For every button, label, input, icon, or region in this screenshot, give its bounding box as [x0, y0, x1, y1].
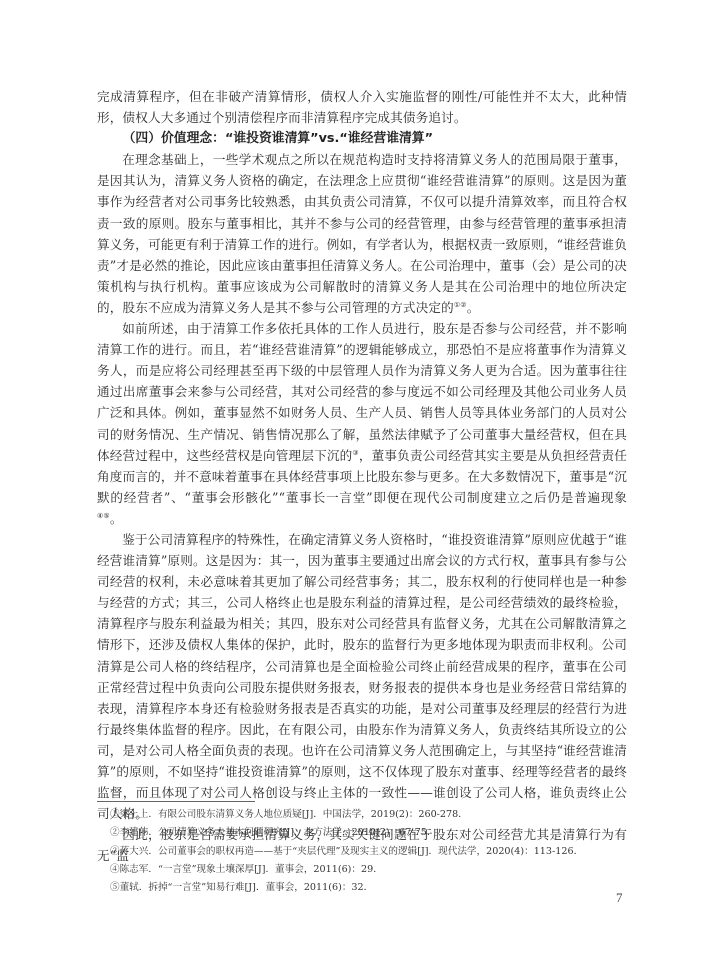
footnote-item: ①梁上上．有限公司股东清算义务人地位质疑[J]．中国法学，2019(2)：260… — [110, 806, 630, 824]
paragraph-1: 在理念基础上，一些学术观点之所以在规范构造时支持将清算义务人的范围局限于董事，是… — [97, 149, 627, 318]
paragraph-text: 如前所述，由于清算工作多依托具体的工作人员进行，股东是否参与公司经营，并不影响清… — [97, 321, 627, 463]
paragraph-3: 鉴于公司清算程序的特殊性，在确定清算义务人资格时，“谁投资谁清算”原则应优越于“… — [97, 529, 627, 824]
footnote-item: ④陈志军．“一言堂”现象土壤深厚[J]．董事会，2011(6)：29． — [110, 861, 630, 879]
paragraph-continued: 完成清算程序，但在非破产清算情形，债权人介入实施监督的刚性/可能性并不太大，此种… — [97, 86, 627, 128]
footnote-ref[interactable]: ①② — [454, 301, 467, 309]
footnote-item: ③蒋大兴．公司董事会的职权再造——基于“夹层代理”及现实主义的逻辑[J]．现代法… — [110, 843, 630, 861]
paragraph-tail: 。 — [110, 511, 123, 526]
footnote-ref[interactable]: ④⑤ — [97, 512, 110, 520]
footnote-divider — [97, 801, 255, 802]
paragraph-tail: 。 — [467, 300, 480, 315]
paragraph-2: 如前所述，由于清算工作多依托具体的工作人员进行，股东是否参与公司经营，并不影响清… — [97, 318, 627, 529]
page-body: 完成清算程序，但在非破产清算情形，债权人介入实施监督的刚性/可能性并不太大，此种… — [97, 86, 627, 866]
footnotes: ①梁上上．有限公司股东清算义务人地位质疑[J]．中国法学，2019(2)：260… — [110, 806, 630, 897]
section-heading: （四）价值理念：“谁投资谁清算”vs.“谁经营谁清算” — [97, 128, 627, 149]
page-number: 7 — [616, 890, 623, 906]
footnote-item: ⑤董轼．拆掉“一言堂”知易行难[J]．董事会，2011(6)：32． — [110, 879, 630, 897]
footnote-item: ②李建伟．公司清算义务人基本问题研究[J]．北方法学，2010(2)：67-75… — [110, 824, 630, 842]
paragraph-text: 完成清算程序，但在非破产清算情形，债权人介入实施监督的刚性/可能性并不太大，此种… — [97, 89, 627, 125]
paragraph-text: 鉴于公司清算程序的特殊性，在确定清算义务人资格时，“谁投资谁清算”原则应优越于“… — [97, 532, 627, 821]
paragraph-text: 在理念基础上，一些学术观点之所以在规范构造时支持将清算义务人的范围局限于董事，是… — [97, 152, 627, 315]
